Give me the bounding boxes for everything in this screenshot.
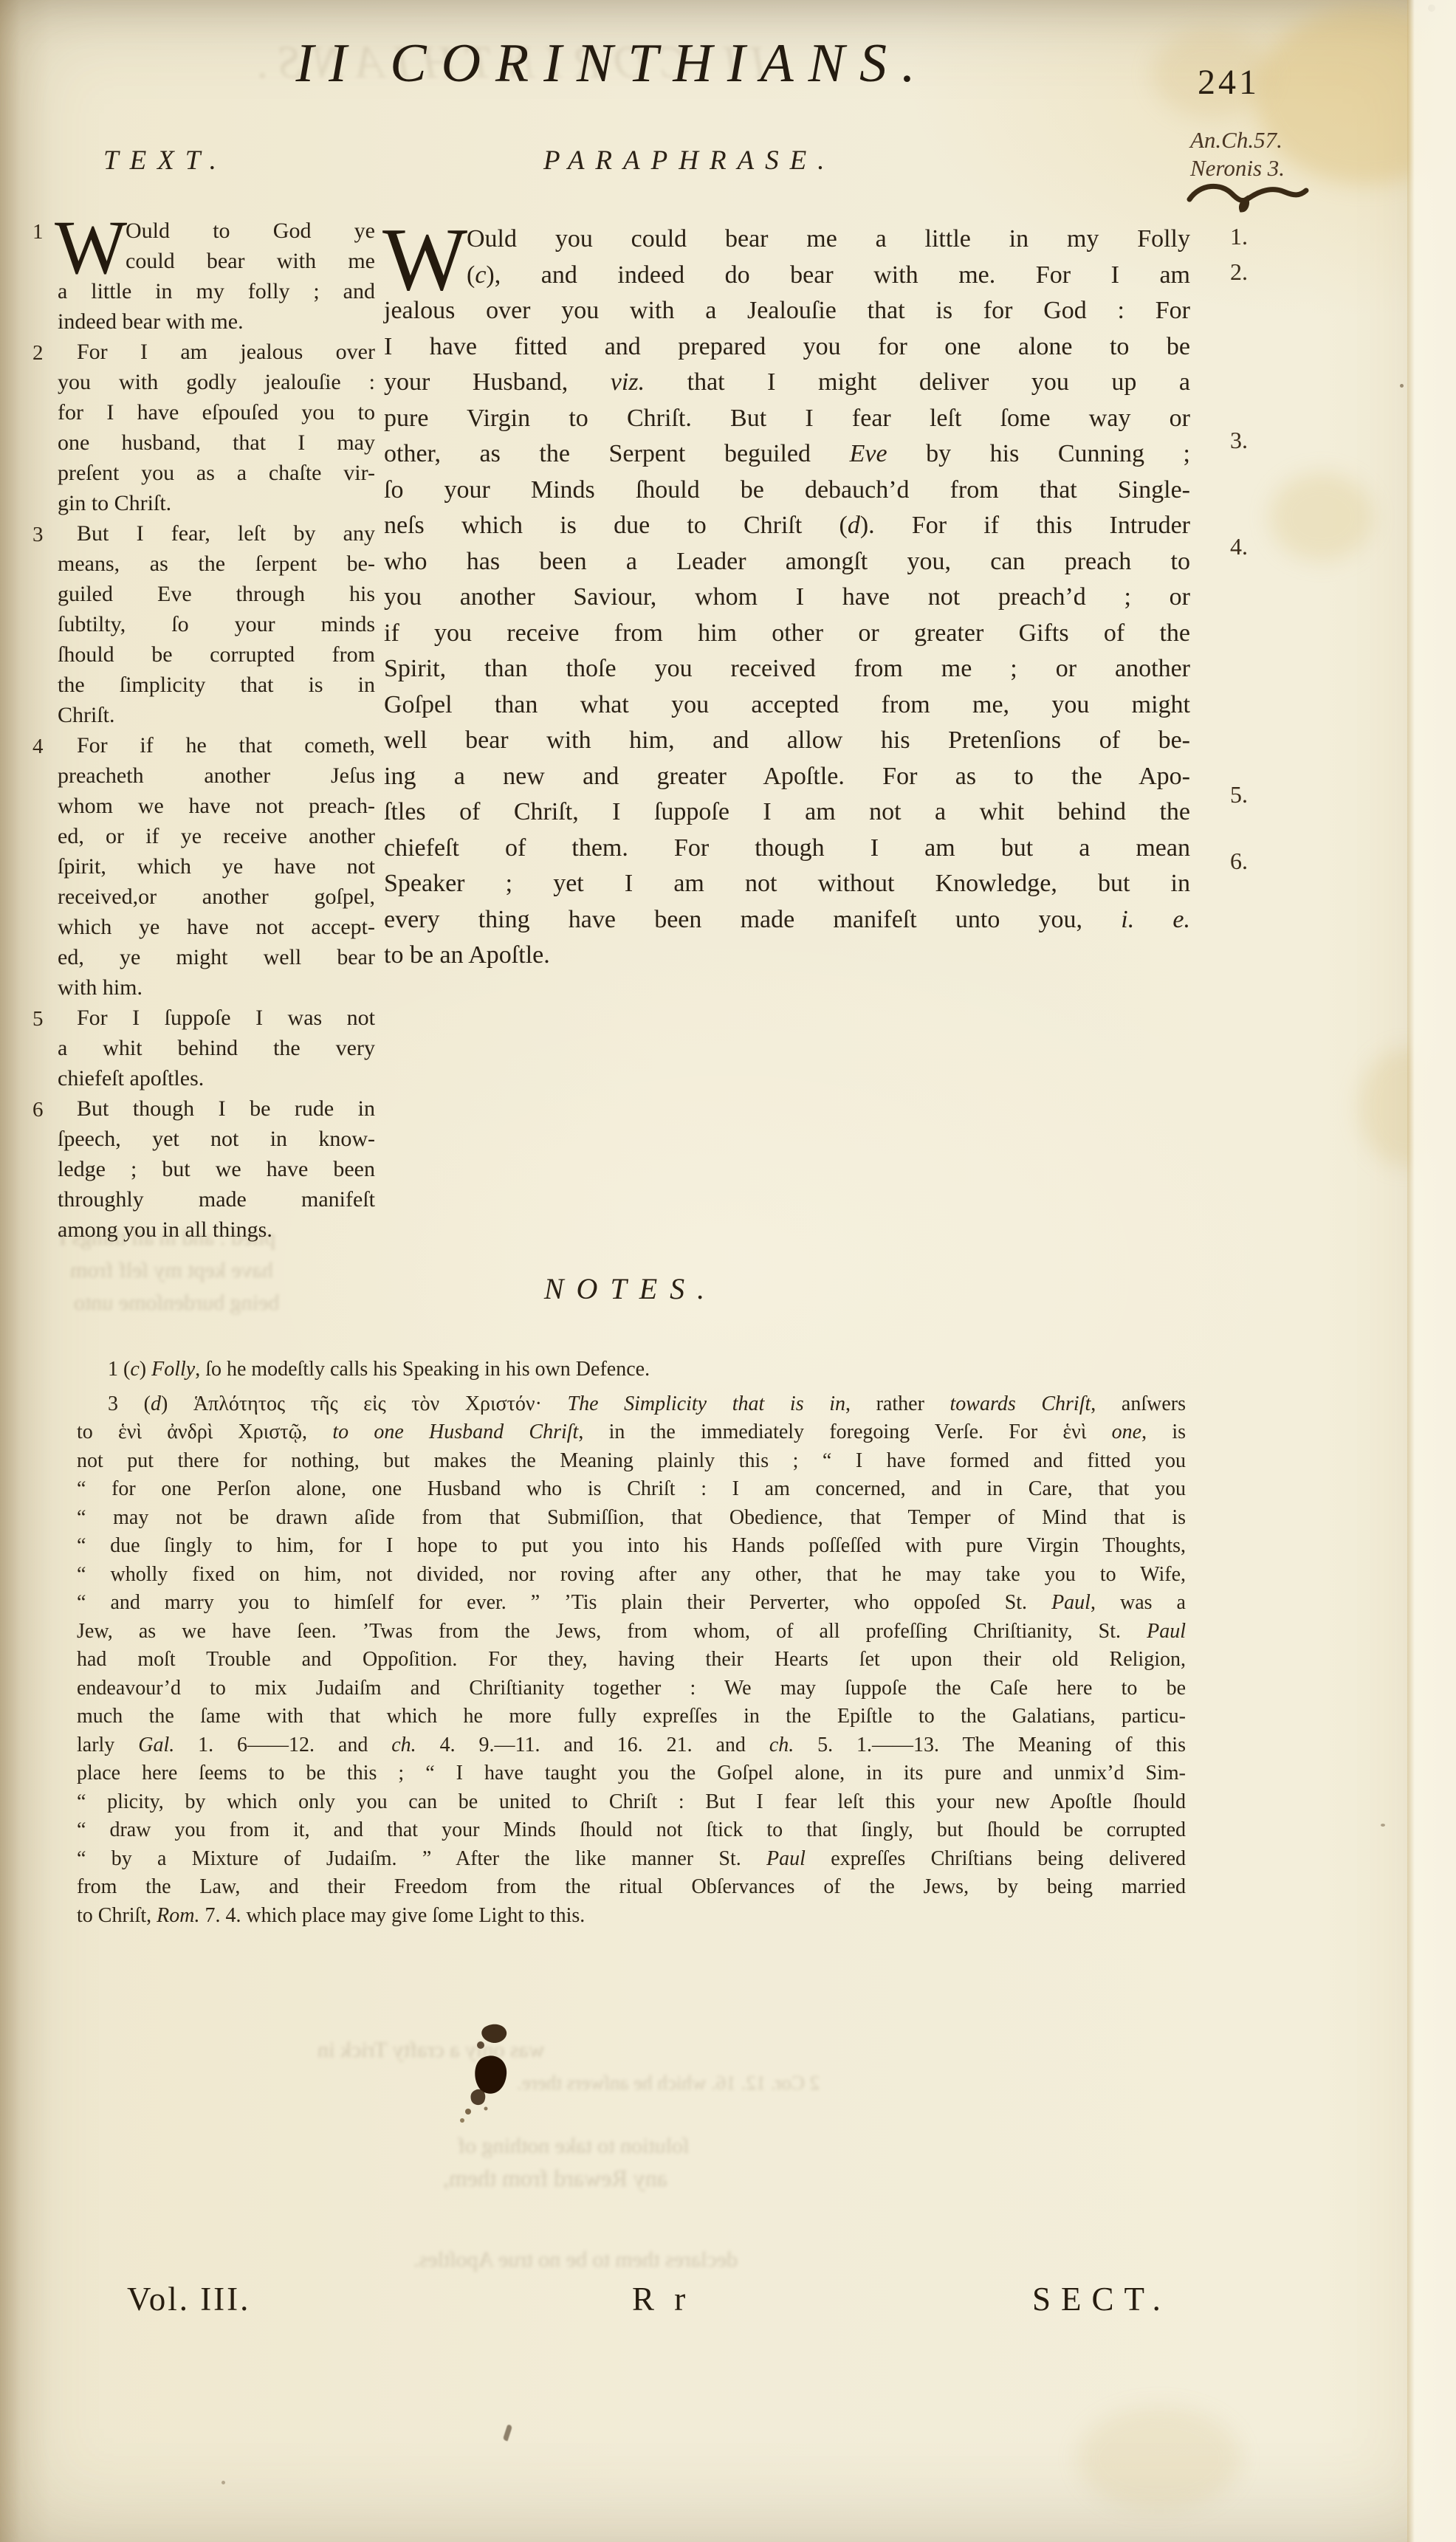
text-line: to Chriſt, Rom. 7. 4. which place may gi… xyxy=(77,1902,1186,1931)
text-line: But I fear, leſt by any xyxy=(58,518,375,549)
verse-1: 1WOuld to God yecould bear with mea litt… xyxy=(58,216,375,337)
verse-number: 1 xyxy=(32,217,44,247)
verse-number: 6 xyxy=(32,1095,44,1125)
volume-label: Vol. III. xyxy=(127,2280,250,2318)
notes-heading: NOTES. xyxy=(77,1271,1184,1306)
text-line: jealous over you with a Jealouſie that i… xyxy=(384,293,1190,329)
text-line: to ἑνὶ ἀνδρὶ Χριστῷ, to one Husband Chri… xyxy=(77,1418,1186,1447)
verse-3: 3But I fear, leſt by anymeans, as the ſe… xyxy=(58,518,375,730)
text-line: “ by a Mixture of Judaiſm. ” After the l… xyxy=(77,1845,1186,1874)
text-line: means, as the ſerpent be- xyxy=(58,549,375,579)
margin-verse-ref: 3. xyxy=(1230,427,1248,454)
text-line: For if he that cometh, xyxy=(58,730,375,760)
verse-5: 5For I ſuppoſe I was nota whit behind th… xyxy=(58,1003,375,1093)
text-line: larly Gal. 1. 6——12. and ch. 4. 9.—11. a… xyxy=(77,1731,1186,1760)
text-line: received,or another goſpel, xyxy=(58,882,375,912)
text-line: ſpirit, which ye have not xyxy=(58,851,375,882)
text-line: much the ſame with that which he more fu… xyxy=(77,1703,1186,1731)
text-line: whom we have not preach- xyxy=(58,791,375,821)
text-line: among you in all things. xyxy=(58,1215,375,1245)
text-line: 3 (d) Ἁπλότητος τῆς εἰς τὸν Χριστόν· The… xyxy=(77,1390,1186,1419)
text-line: preſent you as a chaſte vir- xyxy=(58,458,375,488)
text-line: ed, ye might well bear xyxy=(58,942,375,972)
text-line: guiled Eve through his xyxy=(58,579,375,609)
squiggle-ornament xyxy=(1186,180,1311,213)
text-line: “ draw you from it, and that your Minds … xyxy=(77,1816,1186,1845)
text-line: for I have eſpouſed you to xyxy=(58,397,375,427)
text-line: place here ſeems to be this ; “ I have t… xyxy=(77,1759,1186,1788)
text-line: But though I be rude in xyxy=(58,1093,375,1124)
text-line: not put there for nothing, but makes the… xyxy=(77,1447,1186,1476)
text-line: one husband, that I may xyxy=(58,427,375,458)
text-line: ſtles of Chriſt, I ſuppoſe I am not a wh… xyxy=(384,794,1190,831)
text-line: ſo your Minds ſhould be debauch’d from t… xyxy=(384,473,1190,509)
text-line: For I ſuppoſe I was not xyxy=(58,1003,375,1033)
text-line: “ wholly fixed on him, not divided, nor … xyxy=(77,1561,1186,1590)
text-line: your Husband, viz. that I might deliver … xyxy=(384,365,1190,401)
bleedthrough-text: declares them to be no true Apoſtles. xyxy=(413,2247,738,2273)
text-line: Speaker ; yet I am not without Knowledge… xyxy=(384,866,1190,902)
text-line: you another Saviour, whom I have not pre… xyxy=(384,580,1190,616)
bleedthrough-text: 2 Cor. 12. 16. which he anſwers there. xyxy=(517,2072,820,2095)
text-line: neſs which is due to Chriſt (d). For if … xyxy=(384,508,1190,544)
paper-stain xyxy=(1270,473,1373,561)
catchword: SECT. xyxy=(1032,2280,1171,2318)
text-line: you with godly jealouſie : xyxy=(58,367,375,397)
margin-verse-ref: 5. xyxy=(1230,781,1248,808)
verse-number: 3 xyxy=(32,520,44,550)
margin-verse-ref: 2. xyxy=(1230,258,1248,286)
text-line: Chriſt. xyxy=(58,700,375,730)
text-line: “ may not be drawn aſide from that Submi… xyxy=(77,1504,1186,1533)
text-line: pure Virgin to Chriſt. But I fear leſt ſ… xyxy=(384,401,1190,437)
drop-cap: W xyxy=(55,220,127,276)
text-line: gin to Chriſt. xyxy=(58,488,375,518)
text-line: other, as the Serpent beguiled Eve by hi… xyxy=(384,436,1190,473)
note-paragraph: 1 (c) Folly, ſo he modeſtly calls his Sp… xyxy=(77,1356,1186,1384)
text-line: well bear with him, and allow his Preten… xyxy=(384,723,1190,759)
verse-4: 4For if he that cometh,preacheth another… xyxy=(58,730,375,1003)
text-line: to be an Apoſtle. xyxy=(384,938,1190,974)
text-line: with him. xyxy=(58,972,375,1003)
text-column-heading: TEXT. xyxy=(103,145,227,176)
scanned-book-page: II CORINTHIANS. plied : and in all thing… xyxy=(0,0,1456,2542)
text-line: ing a new and greater Apoſtle. For as to… xyxy=(384,759,1190,795)
paper-stain xyxy=(1078,2407,1240,2510)
page-right-edge xyxy=(1407,0,1456,2542)
text-line: who has been a Leader amongſt you, can p… xyxy=(384,544,1190,580)
text-line: if you receive from him other or greater… xyxy=(384,616,1190,652)
paraphrase-body: Ould you could bear me a little in my Fo… xyxy=(384,221,1190,974)
margin-date-neronis: Neronis 3. xyxy=(1190,155,1285,182)
text-line: ledge ; but we have been xyxy=(58,1154,375,1184)
page-title: II CORINTHIANS. xyxy=(0,32,1226,95)
text-line: “ and marry you to himſelf for ever. ” ’… xyxy=(77,1589,1186,1618)
notes-section: 1 (c) Folly, ſo he modeſtly calls his Sp… xyxy=(77,1356,1186,1930)
speck xyxy=(222,2481,225,2484)
text-line: “ for one Perſon alone, one Husband who … xyxy=(77,1475,1186,1504)
paraphrase-column-heading: PARAPHRASE. xyxy=(543,145,836,176)
text-line: throughly made manifeſt xyxy=(58,1184,375,1215)
text-line: ſpeech, yet not in know- xyxy=(58,1124,375,1154)
text-line: endeavour’d to mix Judaiſm and Chriſtian… xyxy=(77,1674,1186,1703)
verse-6: 6But though I be rude inſpeech, yet not … xyxy=(58,1093,375,1245)
signature-mark: R r xyxy=(632,2280,691,2318)
text-line: Spirit, than thoſe you received from me … xyxy=(384,651,1190,687)
margin-verse-ref: 6. xyxy=(1230,848,1248,875)
text-line: from the Law, and their Freedom from the… xyxy=(77,1873,1186,1902)
margin-date-anno-christi: An.Ch.57. xyxy=(1190,127,1282,154)
text-line: “ due ſingly to him, for I hope to put y… xyxy=(77,1532,1186,1561)
margin-verse-ref: 4. xyxy=(1230,533,1248,560)
text-line: (c), and indeed do bear with me. For I a… xyxy=(384,258,1190,294)
text-line: “ plicity, by which only you can be unit… xyxy=(77,1788,1186,1817)
bleedthrough-text: any Reward from them, xyxy=(443,2165,667,2192)
text-line: preacheth another Jeſus xyxy=(58,760,375,791)
paraphrase-column: W Ould you could bear me a little in my … xyxy=(384,221,1190,974)
text-line: 1 (c) Folly, ſo he modeſtly calls his Sp… xyxy=(77,1356,1186,1384)
text-line: chiefeſt of them. For though I am but a … xyxy=(384,831,1190,867)
text-line: ed, or if ye receive another xyxy=(58,821,375,851)
margin-verse-ref: 1. xyxy=(1230,223,1248,250)
speck xyxy=(1400,384,1404,388)
verse-number: 5 xyxy=(32,1004,44,1034)
text-line: I have fitted and prepared you for one a… xyxy=(384,329,1190,365)
ink-blot xyxy=(452,2020,526,2138)
page-number: 241 xyxy=(1198,62,1260,103)
text-line: Goſpel than what you accepted from me, y… xyxy=(384,687,1190,724)
text-line: ſhould be corrupted from xyxy=(58,639,375,670)
text-line: which ye have not accept- xyxy=(58,912,375,942)
speck xyxy=(1381,1824,1385,1827)
text-line: chiefeſt apoſtles. xyxy=(58,1063,375,1093)
text-line: For I am jealous over xyxy=(58,337,375,367)
text-line: the ſimplicity that is in xyxy=(58,670,375,700)
ink-speck xyxy=(503,2424,512,2441)
verse-number: 4 xyxy=(32,732,44,762)
text-line: Ould you could bear me a little in my Fo… xyxy=(384,221,1190,258)
text-line: ſubtilty, ſo your minds xyxy=(58,609,375,639)
text-line: every thing have been made manifeſt unto… xyxy=(384,902,1190,938)
verse-2: 2For I am jealous overyou with godly jea… xyxy=(58,337,375,518)
text-line: indeed bear with me. xyxy=(58,306,375,337)
text-line: Jew, as we have ſeen. ’Twas from the Jew… xyxy=(77,1618,1186,1646)
text-line: had moſt Trouble and Oppoſition. For the… xyxy=(77,1646,1186,1674)
note-paragraph: 3 (d) Ἁπλότητος τῆς εἰς τὸν Χριστόν· The… xyxy=(77,1390,1186,1931)
verse-number: 2 xyxy=(32,338,44,368)
text-line: a whit behind the very xyxy=(58,1033,375,1063)
text-column: 1WOuld to God yecould bear with mea litt… xyxy=(58,216,375,1245)
drop-cap: W xyxy=(382,227,467,292)
